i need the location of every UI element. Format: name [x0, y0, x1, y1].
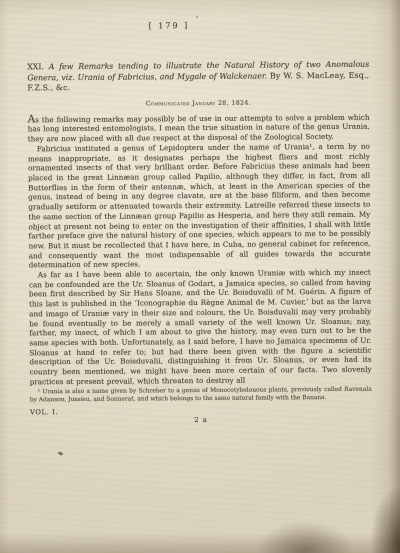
article-number: XXI. — [27, 62, 44, 71]
body-paragraph-3: As far as I have been able to ascertain,… — [29, 268, 372, 387]
signature-mark: 2 a — [194, 416, 208, 424]
page-footer: VOL. I. 2 a — [30, 406, 372, 419]
body-paragraph-2: Fabricius instituted a genus of Lepidopt… — [28, 142, 371, 271]
page-content: [ 179 ] XXI. A few Remarks tending to il… — [27, 0, 372, 419]
ink-speck — [58, 451, 64, 456]
page-number: [ 179 ] — [149, 21, 190, 30]
body-paragraph-1: As the following remarks may possibly be… — [28, 112, 370, 144]
page-number-row: [ 179 ] — [27, 12, 369, 34]
volume-label: VOL. I. — [30, 408, 58, 416]
ink-speck — [196, 16, 198, 18]
footnote: ¹ Urania is also a name given by Schrebe… — [30, 387, 372, 404]
scanned-book-page: [ 179 ] XXI. A few Remarks tending to il… — [0, 0, 400, 553]
article-heading: XXI. A few Remarks tending to illustrate… — [27, 60, 369, 94]
communicated-line: Communicated January 28, 1824. — [27, 98, 369, 108]
